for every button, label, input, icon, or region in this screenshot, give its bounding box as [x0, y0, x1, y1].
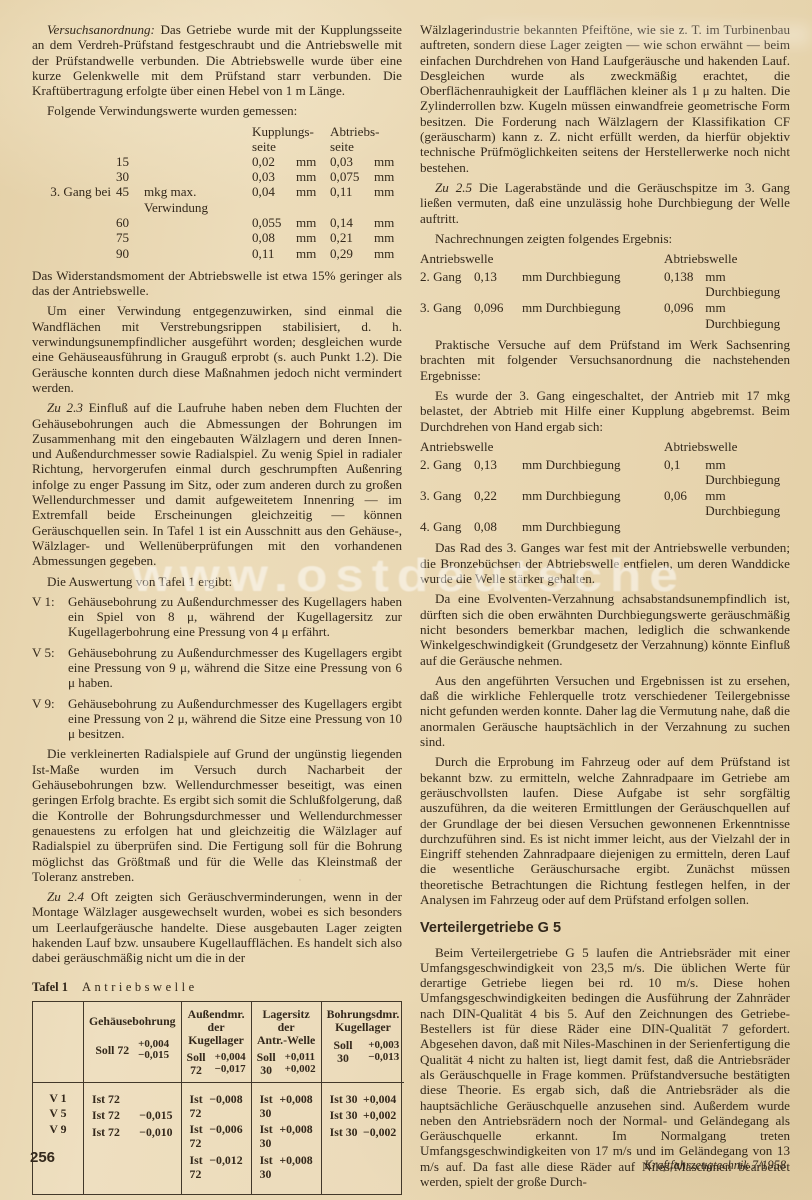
title-line: Lagersitz der [257, 1008, 316, 1034]
unit: mm [374, 215, 394, 230]
unit-label: mm Durchbiegung [705, 488, 790, 519]
header-line: Abtriebs- [330, 124, 402, 139]
value: 0,13 [474, 457, 522, 488]
unit: mm [296, 154, 316, 169]
paragraph-fehlerquelle: Aus den angeführten Versuchen und Ergebn… [420, 673, 790, 749]
value: 0,06 [664, 488, 705, 519]
evaluation-item-v1: V 1:Gehäusebohrung zu Außendurchmesser d… [32, 594, 402, 640]
kupplung-value: 0,02mm [252, 154, 330, 169]
paragraph-rad-3-gang: Das Rad des 3. Ganges war fest mit der A… [420, 540, 790, 586]
value: 0,21 [330, 230, 374, 245]
soll-value: Soll 30+0,003−0,013 [327, 1039, 400, 1065]
unit: mm [374, 184, 394, 215]
right-column: Wälzlagerindustrie bekannten Pfeiftöne, … [420, 22, 790, 1195]
paragraph-lead-italic: Versuchsanordnung: [47, 22, 155, 37]
ist-cell: Ist 30+0,008 [260, 1153, 313, 1181]
soll-value: Soll 72+0,004−0,017 [187, 1051, 246, 1077]
ist-label: Ist 30 [330, 1125, 358, 1139]
ist-label: Ist 30 [260, 1092, 280, 1120]
unit: mm [374, 230, 394, 245]
item-text: Gehäusebohrung zu Außendurchmesser des K… [68, 645, 402, 691]
value: 0,29 [330, 246, 374, 261]
value: 0,11 [252, 246, 296, 261]
unit-label: mm Durchbiegung [705, 269, 790, 300]
soll-label: Soll 72 [187, 1051, 206, 1077]
ist-label: Ist 72 [190, 1153, 210, 1181]
spacer [32, 124, 116, 154]
section-heading-verteilergetriebe: Verteilergetriebe G 5 [420, 921, 790, 936]
measurement-row: 90 0,11mm 0,29mm [32, 246, 402, 261]
paragraph-nachrechnungen: Nachrechnungen zeigten folgendes Ergebni… [420, 231, 790, 246]
paragraph-zu-2-4: Zu 2.4 Oft zeigten sich Geräuschverminde… [32, 889, 402, 965]
unit: mm [296, 215, 316, 230]
abtrieb-cell [664, 519, 790, 535]
ist-cell: Ist 30+0,008 [260, 1092, 313, 1120]
page-number: 256 [30, 1150, 55, 1165]
header-abtriebswelle: Abtriebswelle [664, 439, 790, 455]
torque-value: 60 [116, 215, 144, 230]
tolerance-lower: −0,013 [368, 1052, 399, 1064]
deviation: −0,006 [209, 1122, 242, 1150]
unit-label: mm Durchbiegung [522, 519, 621, 535]
journal-page: Versuchsanordnung: Das Getriebe wurde mi… [0, 0, 812, 1200]
gear-label: 4. Gang [420, 519, 474, 535]
table-body-aussendmr: Ist 72−0,008 Ist 72−0,006 Ist 72−0,012 [181, 1083, 251, 1194]
gear-label: 3. Gang [420, 488, 474, 519]
measurement-row: 30 0,03mm 0,075mm [32, 169, 402, 184]
item-label: V 9: [32, 696, 68, 742]
table-caption: Tafel 1Antriebswelle [32, 980, 402, 995]
torque-value: 45 [116, 184, 144, 215]
left-column: Versuchsanordnung: Das Getriebe wurde mi… [32, 22, 402, 1195]
table-number: Tafel 1 [32, 980, 68, 994]
torque-value: 15 [116, 154, 144, 169]
item-text: Gehäusebohrung zu Außendurchmesser des K… [68, 696, 402, 742]
deviation: −0,010 [139, 1125, 172, 1139]
ist-label: Ist 30 [260, 1122, 280, 1150]
value: 0,03 [330, 154, 374, 169]
paragraph-auswertung: Die Auswertung von Tafel 1 ergibt: [32, 574, 402, 589]
evaluation-item-v9: V 9:Gehäusebohrung zu Außendurchmesser d… [32, 696, 402, 742]
paragraph-verwindung: Um einer Verwindung entgegenzuwirken, si… [32, 303, 402, 395]
unit-label: mm Durchbiegung [522, 300, 621, 331]
tolerances: +0,011+0,002 [285, 1052, 316, 1075]
ist-label: Ist 30 [330, 1108, 358, 1122]
soll-value: Soll 72+0,004−0,015 [89, 1039, 176, 1062]
deviation: −0,002 [363, 1125, 396, 1139]
table-row-ids: V 1 V 5 V 9 [33, 1083, 83, 1194]
item-label: V 5: [32, 645, 68, 691]
unit: mm [374, 246, 394, 261]
paragraph-intro-measurements: Folgende Verwindungswerte wurden gemesse… [32, 103, 402, 118]
unit-label: mm Durchbiegung [705, 300, 790, 331]
results-row: 4. Gang0,08mm Durchbiegung [420, 519, 790, 535]
paragraph-radialspiele: Die verkleinerten Radialspiele auf Grund… [32, 746, 402, 884]
table-header-lagersitz: Lagersitz derAntr.-Welle Soll 30+0,011+0… [251, 1002, 321, 1083]
unit-label: mm Durchbiegung [522, 269, 621, 300]
tolerance-lower: +0,002 [285, 1064, 316, 1076]
paragraph-text: Oft zeigten sich Geräuschverminderungen,… [32, 889, 402, 965]
kupplung-value: 0,055mm [252, 215, 330, 230]
title-line: Gehäusebohrung [89, 1015, 176, 1028]
value: 0,1 [664, 457, 705, 488]
row-suffix [144, 215, 252, 230]
ist-cell: Ist 30+0,002 [330, 1108, 397, 1122]
tafel-1-table: Gehäusebohrung Soll 72+0,004−0,015 Außen… [32, 1001, 402, 1195]
ist-label: Ist 72 [190, 1092, 210, 1120]
ist-cell: Ist 72−0,012 [190, 1153, 243, 1181]
two-column-layout: Versuchsanordnung: Das Getriebe wurde mi… [0, 0, 812, 1195]
value: 0,08 [252, 230, 296, 245]
abtrieb-value: 0,14mm [330, 215, 402, 230]
header-antriebswelle: Antriebswelle [420, 439, 664, 455]
item-label: V 1: [32, 594, 68, 640]
table-body-lagersitz: Ist 30+0,008 Ist 30+0,008 Ist 30+0,008 [251, 1083, 321, 1194]
table-title: Antriebswelle [82, 980, 198, 994]
abtrieb-value: 0,21mm [330, 230, 402, 245]
unit: mm [296, 230, 316, 245]
unit: mm [374, 169, 394, 184]
paragraph-lead-italic: Zu 2.4 [47, 889, 84, 904]
results-header: Antriebswelle Abtriebswelle [420, 439, 790, 455]
measurement-row: 60 0,055mm 0,14mm [32, 215, 402, 230]
value: 0,22 [474, 488, 522, 519]
measurement-row: 75 0,08mm 0,21mm [32, 230, 402, 245]
title-line: Kugellager [187, 1034, 246, 1047]
table-header-id-column [33, 1002, 83, 1083]
soll-label: Soll 30 [257, 1051, 276, 1077]
measurement-row: 3. Gang bei45mkg max. Verwindung 0,04mm … [32, 184, 402, 215]
column-header-kupplungsseite: Kupplungs-seite [252, 124, 330, 154]
deviation: +0,004 [363, 1092, 396, 1106]
paragraph-versuchsanordnung: Versuchsanordnung: Das Getriebe wurde mi… [32, 22, 402, 98]
column-title: Außendmr. derKugellager [187, 1008, 246, 1047]
measurement-header-row: Kupplungs-seite Abtriebs-seite [32, 124, 402, 154]
ist-label: Ist 30 [330, 1092, 358, 1106]
journal-footer: Kraftfahrzeugtechnik 7/1958 [644, 1158, 786, 1173]
gear-label: 3. Gang [420, 300, 474, 331]
soll-label: Soll 72 [95, 1044, 129, 1057]
results-row: 2. Gang0,13mm Durchbiegung 0,1mm Durchbi… [420, 457, 790, 488]
paragraph-zu-2-5: Zu 2.5 Die Lagerabstände und die Geräusc… [420, 180, 790, 226]
value: 0,055 [252, 215, 296, 230]
table-body-gehaeusebohrung: Ist 72 Ist 72−0,015 Ist 72−0,010 [83, 1083, 181, 1194]
deviation: −0,012 [209, 1153, 242, 1181]
abtrieb-value: 0,29mm [330, 246, 402, 261]
deviation: −0,015 [139, 1108, 172, 1122]
row-prefix [32, 246, 116, 261]
evaluation-item-v5: V 5:Gehäusebohrung zu Außendurchmesser d… [32, 645, 402, 691]
antrieb-cell: 2. Gang0,13mm Durchbiegung [420, 269, 664, 300]
measurement-row: 15 0,02mm 0,03mm [32, 154, 402, 169]
unit: mm [296, 184, 316, 215]
ist-cell: Ist 30+0,004 [330, 1092, 397, 1106]
ist-cell: Ist 72 [92, 1092, 173, 1106]
row-suffix [144, 246, 252, 261]
value: 0,096 [474, 300, 522, 331]
results-row: 3. Gang0,22mm Durchbiegung 0,06mm Durchb… [420, 488, 790, 519]
paragraph-verteilergetriebe: Beim Verteilergetriebe G 5 laufen die An… [420, 945, 790, 1190]
deviation: +0,008 [279, 1092, 312, 1120]
soll-label: Soll 30 [327, 1039, 360, 1065]
row-suffix [144, 169, 252, 184]
table-body-bohrungsdmr: Ist 30+0,004 Ist 30+0,002 Ist 30−0,002 [321, 1083, 405, 1194]
abtrieb-cell: 0,096mm Durchbiegung [664, 300, 790, 331]
value [664, 519, 712, 535]
ist-label: Ist 72 [92, 1092, 120, 1106]
tolerance-lower: −0,017 [215, 1064, 246, 1076]
ist-label: Ist 72 [92, 1125, 120, 1139]
paragraph-praktische-versuche: Praktische Versuche auf dem Prüfstand im… [420, 337, 790, 383]
paragraph-zu-2-3: Zu 2.3 Einfluß auf die Laufruhe haben ne… [32, 400, 402, 568]
antrieb-cell: 3. Gang0,22mm Durchbiegung [420, 488, 664, 519]
torque-value: 75 [116, 230, 144, 245]
paragraph-lead-italic: Zu 2.5 [435, 180, 472, 195]
row-id: V 9 [49, 1123, 66, 1136]
row-id: V 5 [49, 1107, 66, 1120]
antrieb-cell: 3. Gang0,096mm Durchbiegung [420, 300, 664, 331]
paragraph-widerstandsmoment: Das Widerstandsmoment der Abtriebswelle … [32, 268, 402, 299]
column-header-abtriebsseite: Abtriebs-seite [330, 124, 402, 154]
deflection-results-1: Antriebswelle Abtriebswelle 2. Gang0,13m… [420, 251, 790, 331]
abtrieb-value: 0,075mm [330, 169, 402, 184]
paragraph-text: Die Lagerabstände und die Geräuschspitze… [420, 180, 790, 226]
unit-label: mm Durchbiegung [705, 457, 790, 488]
tolerances: +0,004−0,017 [215, 1052, 246, 1075]
header-antriebswelle: Antriebswelle [420, 251, 664, 267]
row-id: V 1 [49, 1092, 66, 1105]
unit: mm [296, 169, 316, 184]
tolerances: +0,003−0,013 [368, 1040, 399, 1063]
tolerance-lower: −0,015 [138, 1050, 169, 1062]
paragraph-dritter-gang: Es wurde der 3. Gang eingeschaltet, der … [420, 388, 790, 434]
kupplung-value: 0,04mm [252, 184, 330, 215]
row-prefix [32, 154, 116, 169]
results-row: 2. Gang0,13mm Durchbiegung 0,138mm Durch… [420, 269, 790, 300]
value: 0,11 [330, 184, 374, 215]
torque-value: 30 [116, 169, 144, 184]
tolerances: +0,004−0,015 [138, 1039, 169, 1062]
ist-cell: Ist 72−0,015 [92, 1108, 173, 1122]
value: 0,14 [330, 215, 374, 230]
value: 0,13 [474, 269, 522, 300]
antrieb-cell: 2. Gang0,13mm Durchbiegung [420, 457, 664, 488]
row-prefix [32, 230, 116, 245]
unit-label: mm Durchbiegung [522, 457, 621, 488]
spacer [116, 124, 144, 154]
spacer [144, 124, 252, 154]
value: 0,138 [664, 269, 705, 300]
title-line: Antr.-Welle [257, 1034, 316, 1047]
header-line: seite [330, 139, 402, 154]
header-abtriebswelle: Abtriebswelle [664, 251, 790, 267]
deviation: +0,008 [279, 1122, 312, 1150]
torque-value: 90 [116, 246, 144, 261]
abtrieb-cell: 0,06mm Durchbiegung [664, 488, 790, 519]
soll-value: Soll 30+0,011+0,002 [257, 1051, 316, 1077]
gear-label: 2. Gang [420, 457, 474, 488]
paragraph-erprobung: Durch die Erprobung im Fahrzeug oder auf… [420, 754, 790, 907]
ist-cell: Ist 72−0,010 [92, 1125, 173, 1139]
kupplung-value: 0,03mm [252, 169, 330, 184]
value: 0,096 [664, 300, 705, 331]
ist-label: Ist 72 [92, 1108, 120, 1122]
header-line: Kupplungs- [252, 124, 330, 139]
value: 0,08 [474, 519, 522, 535]
row-suffix [144, 154, 252, 169]
paragraph-waelzlagerindustrie: Wälzlagerindustrie bekannten Pfeiftöne, … [420, 22, 790, 175]
deflection-results-2: Antriebswelle Abtriebswelle 2. Gang0,13m… [420, 439, 790, 535]
results-header: Antriebswelle Abtriebswelle [420, 251, 790, 267]
ist-cell: Ist 30+0,008 [260, 1122, 313, 1150]
unit-label: mm Durchbiegung [522, 488, 621, 519]
ist-cell: Ist 72−0,006 [190, 1122, 243, 1150]
value: 0,03 [252, 169, 296, 184]
table-header-bohrungsdmr: Bohrungsdmr.Kugellager Soll 30+0,003−0,0… [321, 1002, 405, 1083]
title-line: Außendmr. der [187, 1008, 246, 1034]
row-prefix: 3. Gang bei [32, 184, 116, 215]
header-line: seite [252, 139, 330, 154]
gear-label: 2. Gang [420, 269, 474, 300]
ist-cell: Ist 30−0,002 [330, 1125, 397, 1139]
title-line: Kugellager [327, 1021, 400, 1034]
antrieb-cell: 4. Gang0,08mm Durchbiegung [420, 519, 664, 535]
column-title: Gehäusebohrung [89, 1008, 176, 1035]
row-suffix [144, 230, 252, 245]
column-title: Lagersitz derAntr.-Welle [257, 1008, 316, 1047]
abtrieb-value: 0,11mm [330, 184, 402, 215]
unit: mm [296, 246, 316, 261]
deviation: −0,008 [209, 1092, 242, 1120]
kupplung-value: 0,08mm [252, 230, 330, 245]
unit: mm [374, 154, 394, 169]
deviation: +0,008 [279, 1153, 312, 1181]
table-header-aussendmr: Außendmr. derKugellager Soll 72+0,004−0,… [181, 1002, 251, 1083]
row-suffix: mkg max. Verwindung [144, 184, 252, 215]
column-title: Bohrungsdmr.Kugellager [327, 1008, 400, 1035]
ist-label: Ist 72 [190, 1122, 210, 1150]
ist-cell: Ist 72−0,008 [190, 1092, 243, 1120]
torsion-measurement-list: Kupplungs-seite Abtriebs-seite 15 0,02mm… [32, 124, 402, 261]
kupplung-value: 0,11mm [252, 246, 330, 261]
abtrieb-cell: 0,138mm Durchbiegung [664, 269, 790, 300]
table-header-gehaeusebohrung: Gehäusebohrung Soll 72+0,004−0,015 [83, 1002, 181, 1083]
row-prefix [32, 169, 116, 184]
value: 0,04 [252, 184, 296, 215]
item-text: Gehäusebohrung zu Außendurchmesser des K… [68, 594, 402, 640]
paragraph-lead-italic: Zu 2.3 [47, 400, 83, 415]
row-prefix [32, 215, 116, 230]
deviation: +0,002 [363, 1108, 396, 1122]
results-row: 3. Gang0,096mm Durchbiegung 0,096mm Durc… [420, 300, 790, 331]
paragraph-text: Einfluß auf die Laufruhe haben neben dem… [32, 400, 402, 568]
abtrieb-value: 0,03mm [330, 154, 402, 169]
abtrieb-cell: 0,1mm Durchbiegung [664, 457, 790, 488]
ist-label: Ist 30 [260, 1153, 280, 1181]
paragraph-evolventen: Da eine Evolventen-Verzahnung achsabstan… [420, 591, 790, 667]
value: 0,075 [330, 169, 374, 184]
value: 0,02 [252, 154, 296, 169]
